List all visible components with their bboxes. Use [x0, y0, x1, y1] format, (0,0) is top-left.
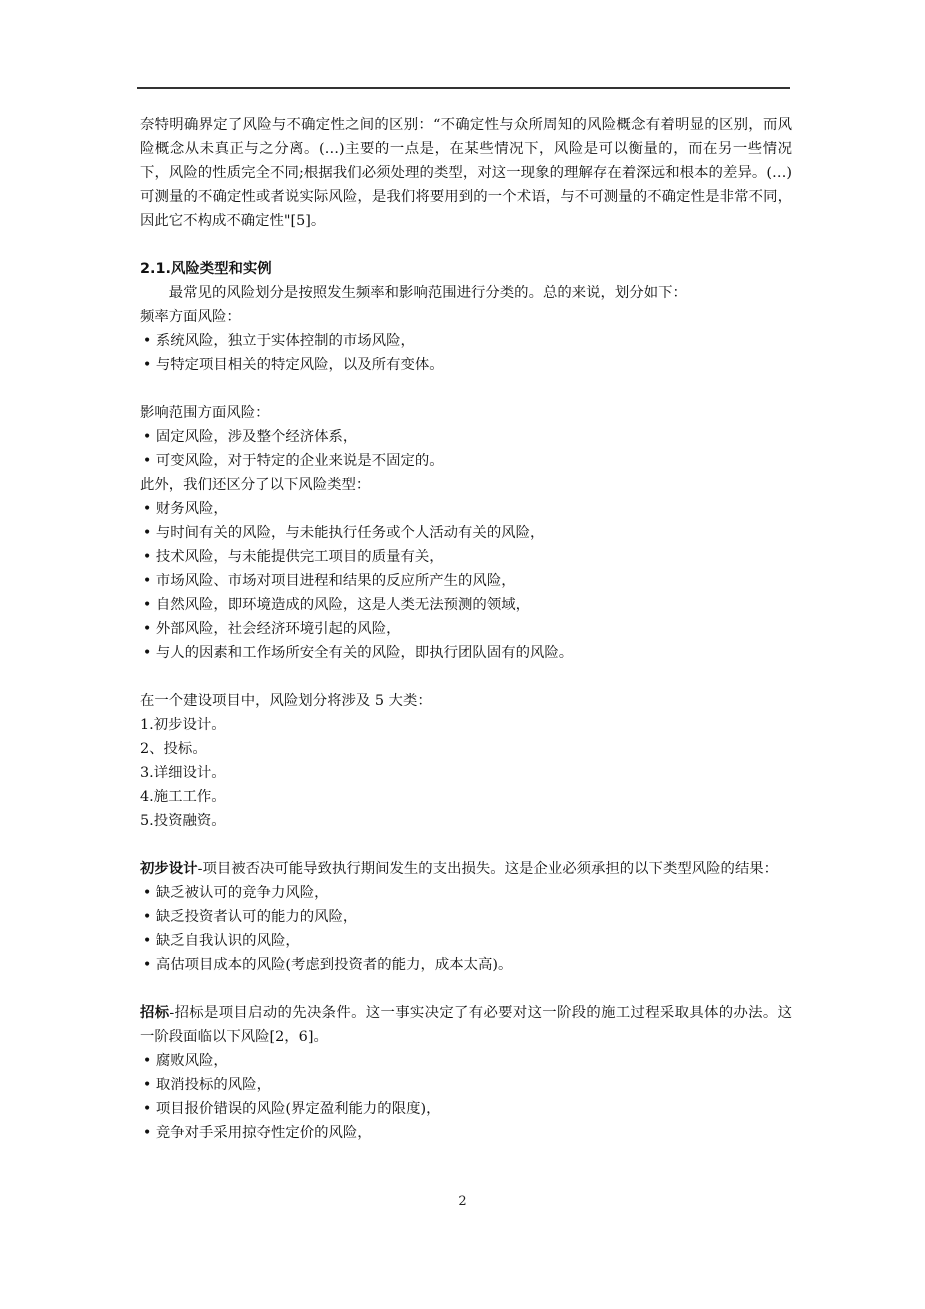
spacer [140, 833, 792, 857]
section-heading: 2.1.风险类型和实例 [140, 257, 792, 281]
tender-text: -招标是项目启动的先决条件。这一事实决定了有必要对这一阶段的施工过程采取具体的办… [140, 1005, 792, 1045]
list-item: 与时间有关的风险，与未能执行任务或个人活动有关的风险， [140, 521, 792, 545]
numbered-item: 3.详细设计。 [140, 761, 792, 785]
list-item: 高估项目成本的风险(考虑到投资者的能力，成本太高)。 [140, 953, 792, 977]
list-item: 市场风险、市场对项目进程和结果的反应所产生的风险， [140, 569, 792, 593]
spacer [140, 977, 792, 1001]
list-item: 可变风险，对于特定的企业来说是不固定的。 [140, 449, 792, 473]
list-item: 外部风险，社会经济环境引起的风险， [140, 617, 792, 641]
numbered-item: 4.施工工作。 [140, 785, 792, 809]
numbered-item: 2、投标。 [140, 737, 792, 761]
list-item: 缺乏投资者认可的能力的风险， [140, 905, 792, 929]
construction-label: 在一个建设项目中，风险划分将涉及 5 大类： [140, 689, 792, 713]
list-item: 技术风险，与未能提供完工项目的质量有关， [140, 545, 792, 569]
page-number: 2 [0, 1194, 925, 1209]
numbered-item: 1.初步设计。 [140, 713, 792, 737]
document-page: 奈特明确界定了风险与不确定性之间的区别：“不确定性与众所周知的风险概念有着明显的… [0, 0, 925, 1309]
list-item: 财务风险， [140, 497, 792, 521]
spacer [140, 233, 792, 257]
preliminary-design-paragraph: 初步设计-项目被否决可能导致执行期间发生的支出损失。这是企业必须承担的以下类型风… [140, 857, 792, 881]
list-item: 与人的因素和工作场所安全有关的风险，即执行团队固有的风险。 [140, 641, 792, 665]
header-rule [137, 87, 790, 89]
spacer [140, 377, 792, 401]
list-item: 项目报价错误的风险(界定盈利能力的限度)， [140, 1097, 792, 1121]
other-label: 此外，我们还区分了以下风险类型： [140, 473, 792, 497]
preliminary-design-text: -项目被否决可能导致执行期间发生的支出损失。这是企业必须承担的以下类型风险的结果… [198, 861, 779, 877]
section-intro: 最常见的风险划分是按照发生频率和影响范围进行分类的。总的来说，划分如下： [140, 281, 792, 305]
list-item: 系统风险，独立于实体控制的市场风险， [140, 329, 792, 353]
list-item: 缺乏自我认识的风险， [140, 929, 792, 953]
list-item: 腐败风险， [140, 1049, 792, 1073]
list-item: 自然风险，即环境造成的风险，这是人类无法预测的领域， [140, 593, 792, 617]
list-item: 固定风险，涉及整个经济体系， [140, 425, 792, 449]
preliminary-design-term: 初步设计 [140, 861, 198, 877]
tender-term: 招标 [140, 1005, 169, 1021]
list-item: 缺乏被认可的竞争力风险， [140, 881, 792, 905]
frequency-label: 频率方面风险： [140, 305, 792, 329]
list-item: 竞争对手采用掠夺性定价的风险， [140, 1121, 792, 1145]
numbered-item: 5.投资融资。 [140, 809, 792, 833]
list-item: 取消投标的风险， [140, 1073, 792, 1097]
scope-label: 影响范围方面风险： [140, 401, 792, 425]
tender-paragraph: 招标-招标是项目启动的先决条件。这一事实决定了有必要对这一阶段的施工过程采取具体… [140, 1001, 792, 1049]
list-item: 与特定项目相关的特定风险，以及所有变体。 [140, 353, 792, 377]
intro-paragraph: 奈特明确界定了风险与不确定性之间的区别：“不确定性与众所周知的风险概念有着明显的… [140, 113, 792, 233]
spacer [140, 665, 792, 689]
page-content: 奈特明确界定了风险与不确定性之间的区别：“不确定性与众所周知的风险概念有着明显的… [140, 113, 792, 1145]
